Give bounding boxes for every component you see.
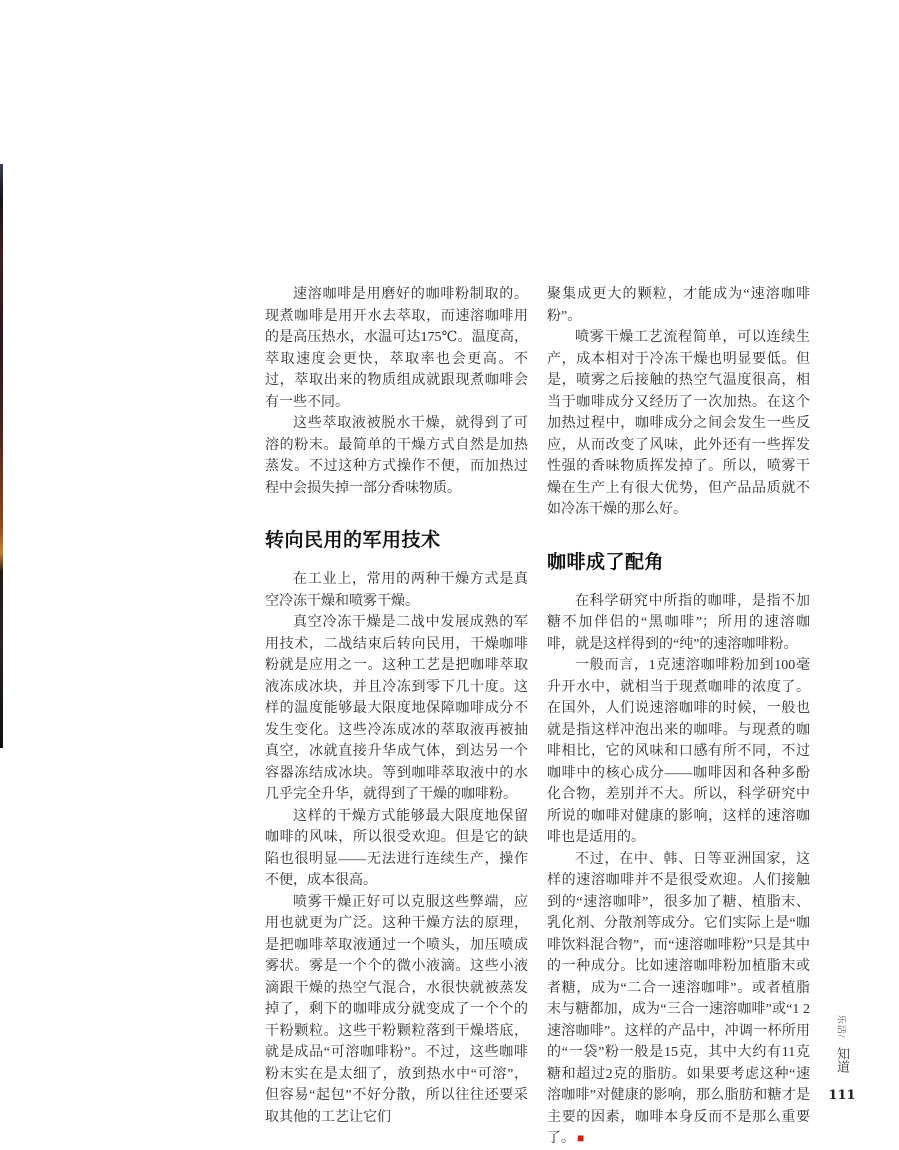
- channel-label-rotated: 乐活/: [828, 1012, 856, 1040]
- body-paragraph: 聚集成更大的颗粒，才能成为“速溶咖啡粉”。: [547, 284, 810, 327]
- channel-label-text: 乐活/: [835, 1014, 848, 1038]
- body-paragraph: 这样的干燥方式能够最大限度地保留咖啡的风味，所以很受欢迎。但是它的缺陷也很明显—…: [265, 806, 528, 892]
- left-column: 速溶咖啡是用磨好的咖啡粉制取的。现煮咖啡是用开水去萃取，而速溶咖啡用的是高压热水…: [265, 284, 528, 1150]
- section-heading: 转向民用的军用技术: [265, 529, 528, 553]
- body-paragraph: 喷雾干燥正好可以克服这些弊端，应用也就更为广泛。这种干燥方法的原理，是把咖啡萃取…: [265, 892, 528, 1129]
- magazine-page: { "page": { "page_number": "111", "sideb…: [0, 0, 899, 1150]
- page-number: 111: [828, 1088, 856, 1103]
- body-paragraph: 速溶咖啡是用磨好的咖啡粉制取的。现煮咖啡是用开水去萃取，而速溶咖啡用的是高压热水…: [265, 284, 528, 413]
- body-paragraph: 喷雾干燥工艺流程简单，可以连续生产，成本相对于冷冻干燥也明显要低。但是，喷雾之后…: [547, 327, 810, 521]
- body-paragraph: 这些萃取液被脱水干燥，就得到了可溶的粉末。最简单的干燥方式自然是加热蒸发。不过这…: [265, 413, 528, 499]
- article-columns: 速溶咖啡是用磨好的咖啡粉制取的。现煮咖啡是用开水去萃取，而速溶咖啡用的是高压热水…: [265, 284, 811, 1150]
- body-paragraph: 真空冷冻干燥是二战中发展成熟的军用技术，二战结束后转向民用，干燥咖啡粉就是应用之…: [265, 612, 528, 806]
- body-paragraph: 在工业上，常用的两种干燥方式是真空冷冻干燥和喷雾干燥。: [265, 569, 528, 612]
- right-column: 聚集成更大的颗粒，才能成为“速溶咖啡粉”。喷雾干燥工艺流程简单，可以连续生产，成…: [547, 284, 810, 1150]
- body-paragraph: 在科学研究中所指的咖啡，是指不加糖不加伴侣的“黑咖啡”；所用的速溶咖啡，就是这样…: [547, 591, 810, 656]
- body-paragraph: 一般而言，1克速溶咖啡粉加到100毫升开水中，就相当于现煮咖啡的浓度了。在国外，…: [547, 655, 810, 849]
- facing-page-edge-strip: [0, 164, 3, 748]
- sidebar-section-label: 乐活/ 知道 111: [828, 1012, 856, 1103]
- section-label-vertical: 知道: [834, 1042, 850, 1078]
- article-end-mark: ■: [577, 1131, 584, 1145]
- section-heading: 咖啡成了配角: [547, 551, 810, 575]
- body-paragraph: 不过，在中、韩、日等亚洲国家，这样的速溶咖啡并不是很受欢迎。人们接触到的“速溶咖…: [547, 849, 810, 1150]
